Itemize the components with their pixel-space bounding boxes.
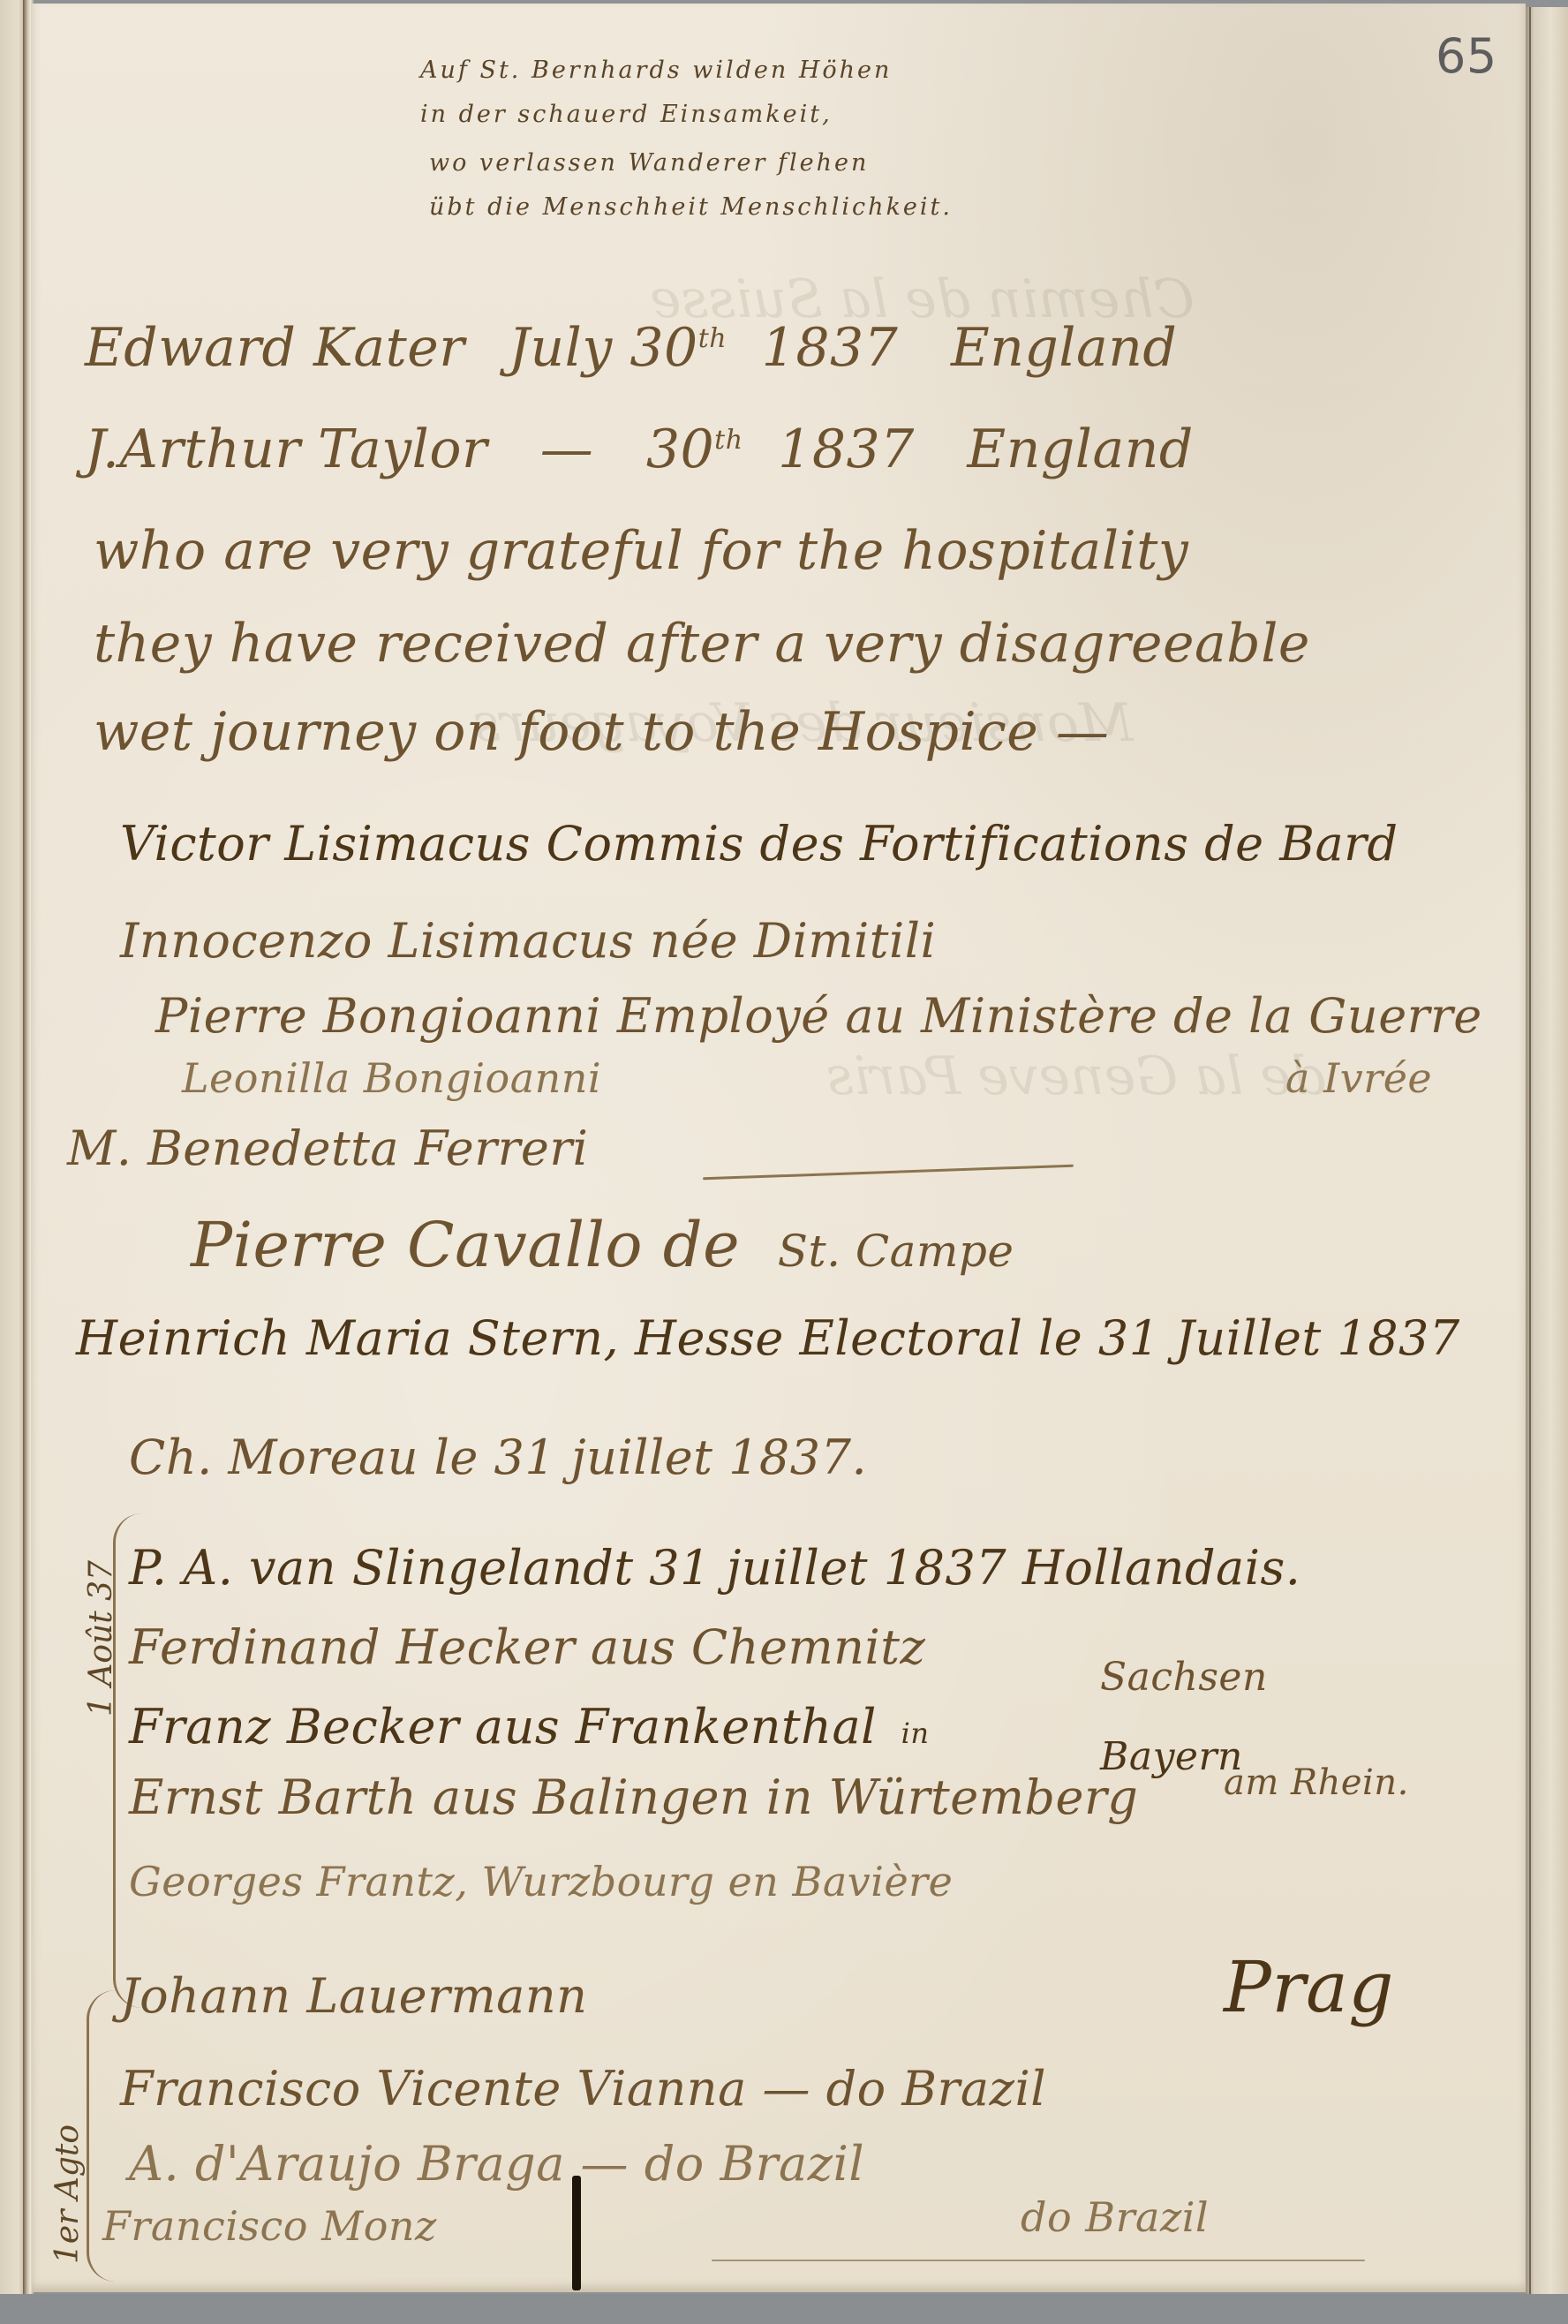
visitor-name: Pierre Cavallo de bbox=[191, 1209, 740, 1281]
ink-stroke-mark bbox=[572, 2176, 581, 2290]
entry-bongioanni-leonilla: Leonilla Bongioanni à Ivrée bbox=[182, 1054, 601, 1102]
entry-slingelandt: P. A. van Slingelandt 31 juillet 1837 Ho… bbox=[129, 1540, 1300, 1596]
visitor-name: Franz Becker aus Frankenthal bbox=[129, 1699, 877, 1754]
visitor-name: Johann Lauermann bbox=[120, 1968, 587, 2024]
verse-line-2: in der schauerd Einsamkeit, bbox=[420, 101, 833, 128]
visit-date: July 30 bbox=[509, 317, 698, 379]
entry-taylor: J.Arthur Taylor — 30th 1837 England bbox=[85, 419, 1194, 480]
entry-cavallo: Pierre Cavallo de St. Campe bbox=[191, 1209, 1014, 1281]
visitor-name: J.Arthur Taylor bbox=[85, 419, 487, 480]
visitor-origin: St. Campe bbox=[778, 1226, 1014, 1277]
bleed-through: de la Geneve Paris bbox=[826, 1045, 1325, 1107]
preposition: in bbox=[901, 1717, 930, 1750]
entry-vianna: Francisco Vicente Vianna — do Brazil bbox=[120, 2061, 1046, 2116]
entry-frantz: Georges Frantz, Wurzbourg en Bavière bbox=[129, 1858, 953, 1905]
date-suffix: th bbox=[698, 323, 727, 354]
entry-monz: Francisco Monz do Brazil bbox=[102, 2202, 437, 2250]
entry-braga: A. d'Araujo Braga — do Brazil bbox=[129, 2136, 864, 2192]
visitor-origin: do Brazil bbox=[1021, 2193, 1209, 2241]
next-leaf-edge bbox=[1526, 7, 1568, 2303]
visitor-name: Ernst Barth aus Balingen in Würtemberg bbox=[129, 1769, 1138, 1825]
visitor-name: Edward Kater bbox=[85, 317, 464, 379]
flourish-line bbox=[712, 2260, 1365, 2261]
entry-lauermann: Johann Lauermann Prag bbox=[120, 1968, 587, 2024]
remark-line-1: who are very grateful for the hospitalit… bbox=[94, 520, 1188, 582]
visitor-name: Francisco Monz bbox=[102, 2202, 437, 2250]
visitor-name: Leonilla Bongioanni bbox=[182, 1054, 601, 1102]
entry-lisimacus-innocenzo: Innocenzo Lisimacus née Dimitili bbox=[120, 913, 936, 969]
leaf-edge-line bbox=[1529, 7, 1531, 2303]
manuscript-page: Chemin de la Suisse Monsieur des Voyageu… bbox=[32, 4, 1526, 2292]
flourish-line bbox=[703, 1165, 1074, 1181]
visit-date: 30 bbox=[646, 419, 714, 480]
verse-line-3: wo verlassen Wanderer flehen bbox=[429, 149, 869, 177]
visitor-origin: Sachsen bbox=[1100, 1655, 1268, 1700]
entry-bongioanni-pierre: Pierre Bongioanni Employé au Ministère d… bbox=[155, 988, 1482, 1044]
date-suffix: th bbox=[714, 425, 743, 456]
entry-moreau: Ch. Moreau le 31 juillet 1837. bbox=[129, 1430, 867, 1485]
entry-barth: Ernst Barth aus Balingen in Würtemberg a… bbox=[129, 1769, 1138, 1825]
scan-background bbox=[0, 2294, 1568, 2324]
visitor-origin: England bbox=[951, 317, 1177, 379]
visit-year: 1837 bbox=[778, 419, 915, 480]
visit-year: 1837 bbox=[762, 317, 899, 379]
remark-line-2: they have received after a very disagree… bbox=[94, 613, 1310, 675]
entry-lisimacus-victor: Victor Lisimacus Commis des Fortificatio… bbox=[120, 816, 1398, 871]
entry-kater: Edward Kater July 30th 1837 England bbox=[85, 317, 1177, 379]
visitor-origin: England bbox=[967, 419, 1193, 480]
remark-line-3: wet journey on foot to the Hospice — bbox=[94, 701, 1109, 763]
visitor-name: Ferdinand Hecker aus Chemnitz bbox=[129, 1619, 925, 1675]
entry-ferreri: M. Benedetta Ferreri bbox=[67, 1120, 588, 1176]
visitor-origin: à Ivrée bbox=[1285, 1054, 1432, 1102]
entry-becker: Franz Becker aus Frankenthal in Bayern bbox=[129, 1699, 929, 1754]
margin-note-date: 1 Août 37 bbox=[83, 1560, 119, 1717]
entry-stern: Heinrich Maria Stern, Hesse Electoral le… bbox=[76, 1310, 1460, 1366]
margin-note-date: 1er Agto bbox=[49, 2124, 86, 2264]
entry-hecker: Ferdinand Hecker aus Chemnitz Sachsen bbox=[129, 1619, 925, 1675]
page-number: 65 bbox=[1436, 28, 1497, 84]
visitor-origin: am Rhein. bbox=[1224, 1762, 1409, 1803]
visitor-origin: Prag bbox=[1224, 1946, 1394, 2028]
ditto-mark: — bbox=[540, 419, 594, 480]
verse-line-4: übt die Menschheit Menschlichkeit. bbox=[429, 193, 953, 221]
verse-line-1: Auf St. Bernhards wilden Höhen bbox=[420, 57, 892, 84]
